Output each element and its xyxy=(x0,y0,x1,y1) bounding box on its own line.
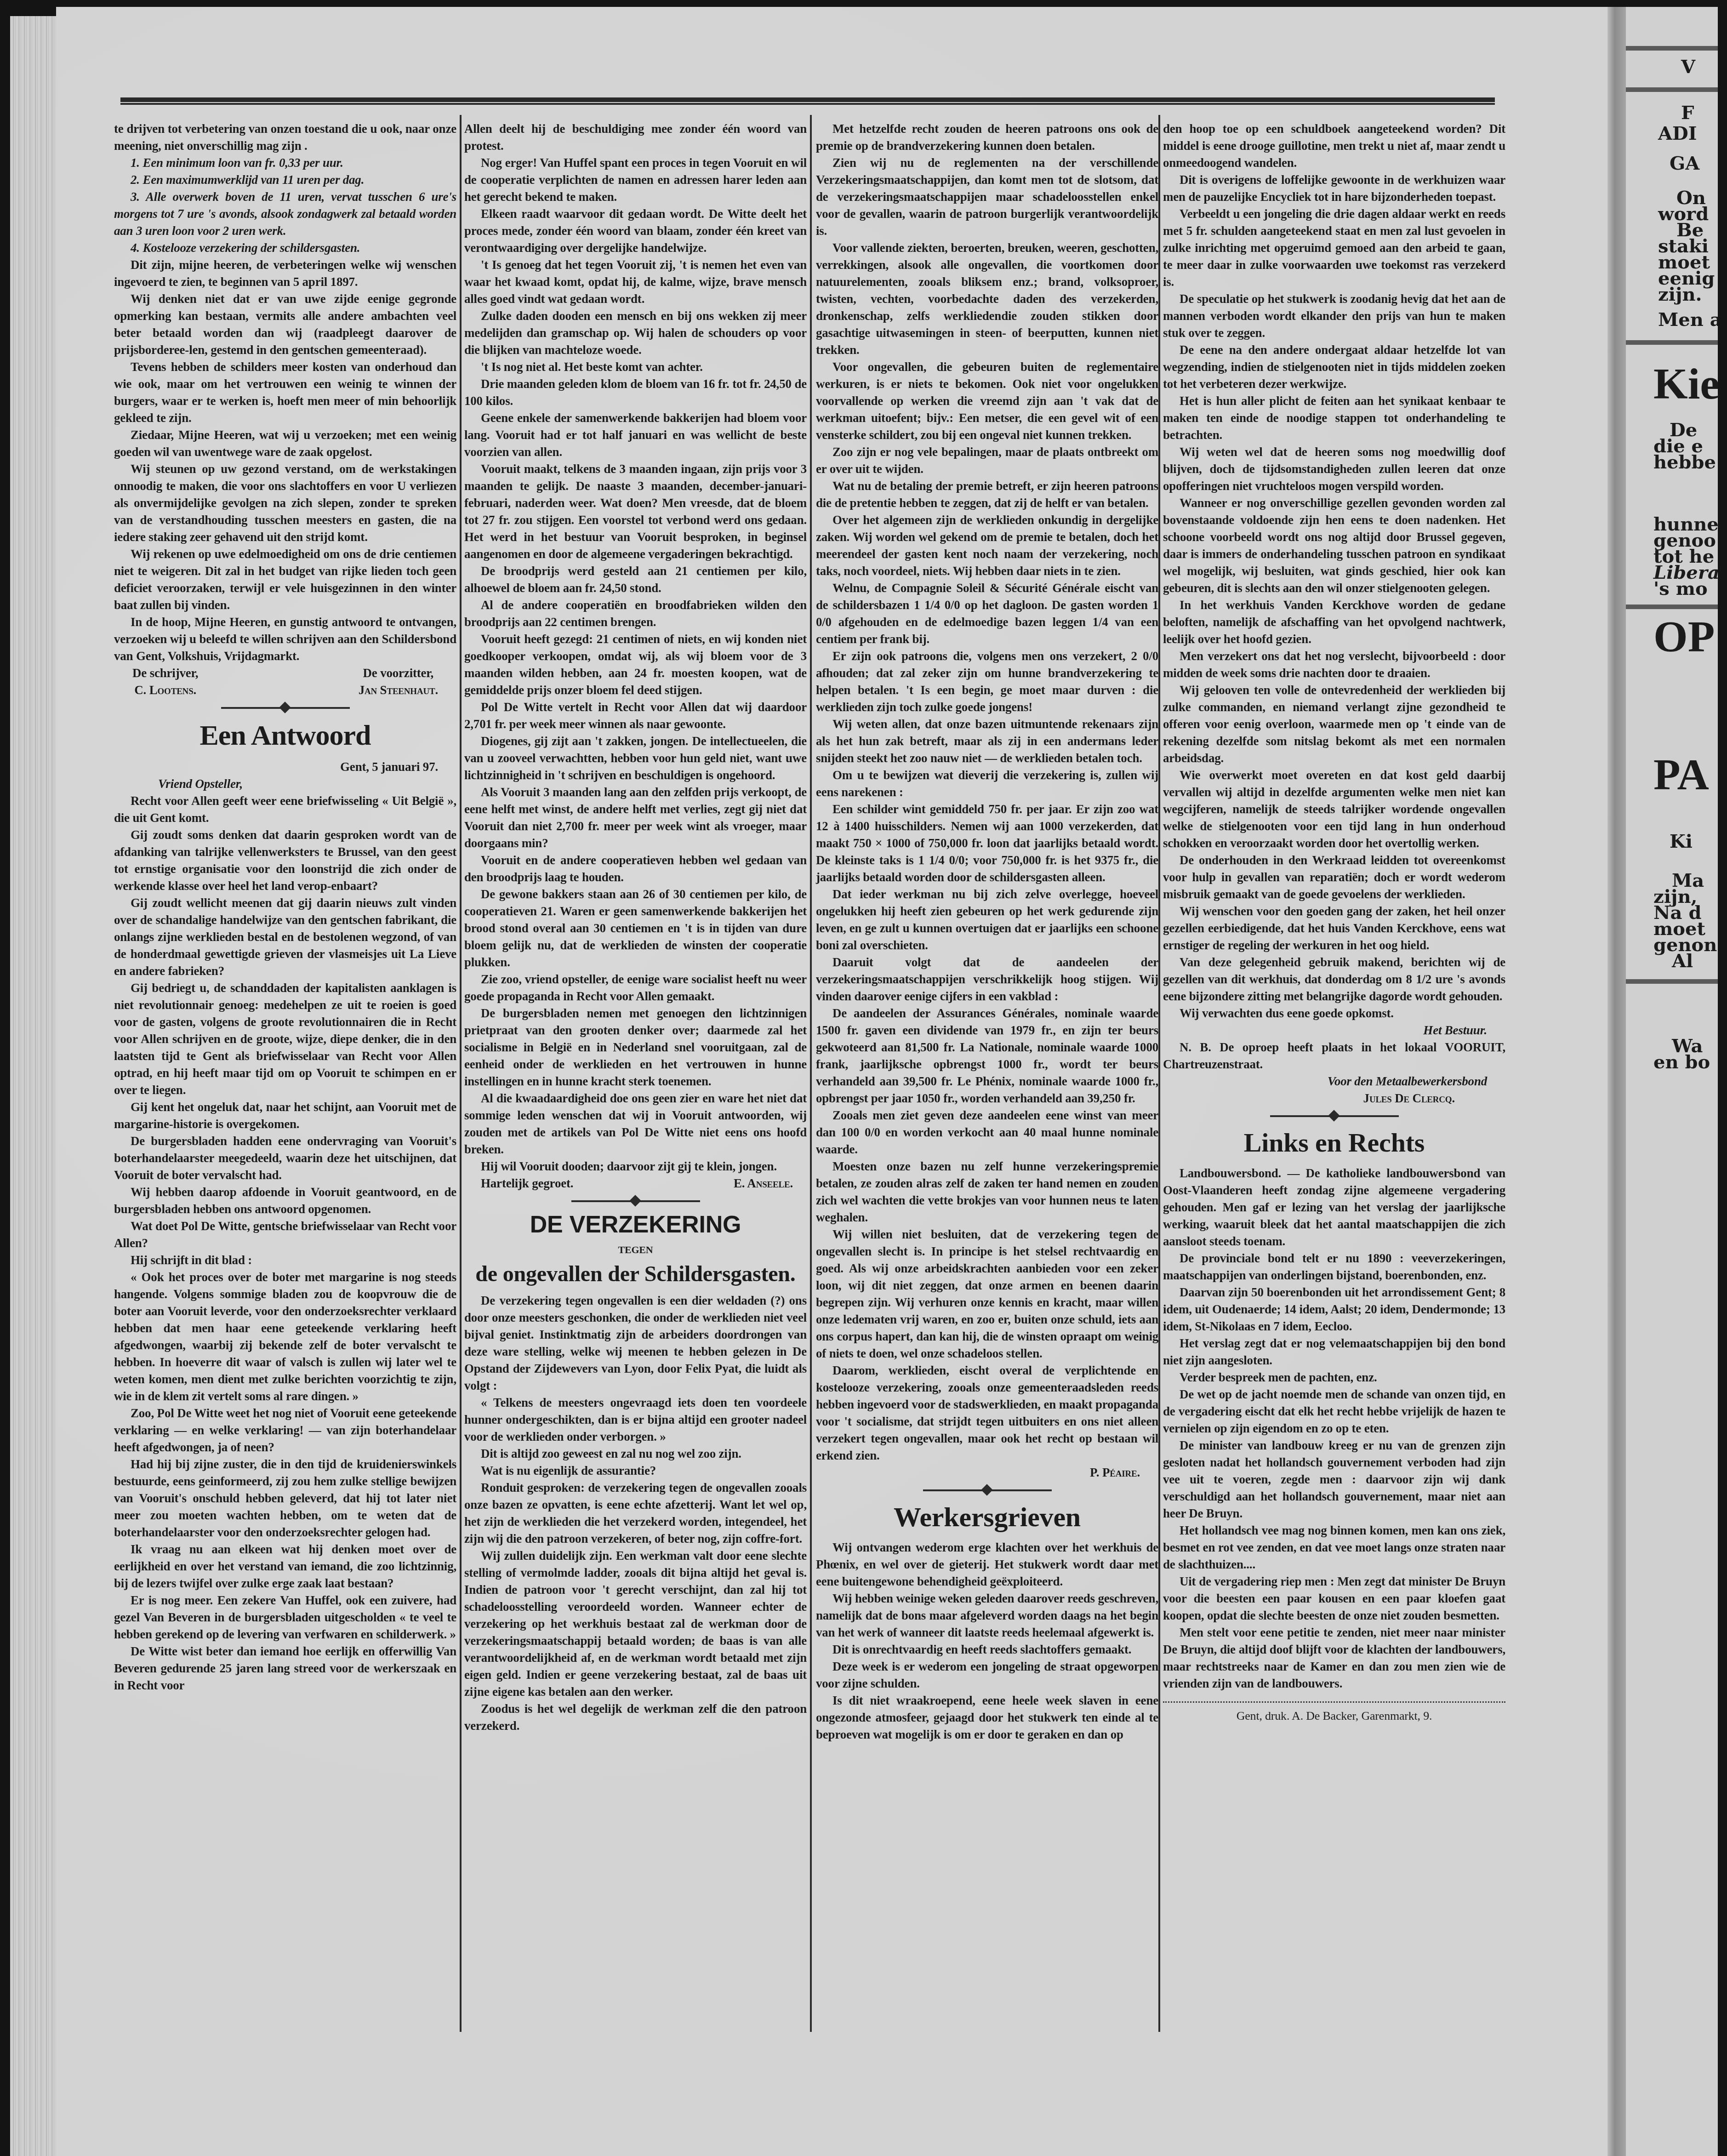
paragraph: Wij ontvangen wederom erge klachten over… xyxy=(816,1539,1158,1590)
paragraph: Deze week is er wederom een jongeling de… xyxy=(816,1658,1158,1692)
paragraph: Zooals men ziet geven deze aandeelen een… xyxy=(816,1107,1158,1158)
paragraph: In het werkhuis Vanden Kerckhove worden … xyxy=(1163,597,1505,648)
rule xyxy=(1626,605,1718,609)
book-gutter xyxy=(1607,7,1626,2156)
ornamental-divider xyxy=(923,1489,1052,1491)
paragraph: Zien wij nu de reglementen na der versch… xyxy=(816,154,1158,240)
paragraph: De Witte wist beter dan iemand hoe eerli… xyxy=(114,1643,456,1694)
paragraph: Dit is altijd zoo geweest en zal nu nog … xyxy=(464,1445,807,1462)
paragraph: Dit is overigens de loffelijke gewoonte … xyxy=(1163,171,1505,205)
rule xyxy=(1626,340,1718,345)
paragraph: Vooruit maakt, telkens de 3 maanden inga… xyxy=(464,461,807,563)
fragment: 's mo xyxy=(1653,579,1708,599)
paragraph: Zoodus is het wel degelijk de werkman ze… xyxy=(464,1700,807,1734)
paragraph: Daarvan zijn 50 boerenbonden uit het arr… xyxy=(1163,1284,1505,1335)
signature-name: Jan Steenhaut. xyxy=(359,682,438,699)
headline-een-antwoord: Een Antwoord xyxy=(114,717,456,754)
paragraph: De broodprijs werd gesteld aan 21 centie… xyxy=(464,563,807,597)
paragraph: Al die kwaadaardigheid doe ons geen zier… xyxy=(464,1090,807,1158)
scan-border xyxy=(1718,0,1727,2156)
paragraph: Moesten onze bazen nu zelf hunne verzeke… xyxy=(816,1158,1158,1226)
column-rule xyxy=(1158,115,1160,2032)
paragraph: Wij steunen op uw gezond verstand, om de… xyxy=(114,461,456,546)
demand-item: 4. Kostelooze verzekering der schildersg… xyxy=(114,240,456,257)
rule xyxy=(1626,87,1718,92)
headline-links-en-rechts: Links en Rechts xyxy=(1163,1125,1505,1160)
paragraph: Geene enkele der samenwerkende bakkerije… xyxy=(464,410,807,461)
paragraph: Allen deelt hij de beschuldiging mee zon… xyxy=(464,120,807,154)
paragraph: Daaruit volgt dat de aandeelen der verze… xyxy=(816,954,1158,1005)
paragraph: Voor ongevallen, die gebeuren buiten de … xyxy=(816,359,1158,444)
paragraph: Zoo zijn er nog vele bepalingen, maar de… xyxy=(816,444,1158,478)
fragment: ADI xyxy=(1658,124,1697,143)
fragment: Al xyxy=(1672,952,1693,971)
paragraph: Pol De Witte vertelt in Recht voor Allen… xyxy=(464,699,807,733)
paragraph: Vooruit heeft gezegd: 21 centimen of nie… xyxy=(464,631,807,699)
paragraph: Dit is onrechtvaardig en heeft reeds sla… xyxy=(816,1641,1158,1658)
paragraph: Welnu, de Compagnie Soleil & Sécurité Gé… xyxy=(816,580,1158,648)
paragraph: Wij weten allen, dat onze bazen uitmunte… xyxy=(816,716,1158,767)
fragment: GA xyxy=(1670,154,1699,173)
paragraph: Al de andere cooperatiën en broodfabriek… xyxy=(464,597,807,631)
paragraph: De speculatie op het stukwerk is zoodani… xyxy=(1163,291,1505,342)
paragraph: Wat doet Pol De Witte, gentsche briefwis… xyxy=(114,1218,456,1252)
rule xyxy=(1626,46,1718,51)
signature-name: P. Péaire. xyxy=(816,1464,1158,1481)
paragraph: De verzekering tegen ongevallen is een d… xyxy=(464,1292,807,1394)
paragraph: Wij willen niet besluiten, dat de verzek… xyxy=(816,1226,1158,1362)
paragraph: Wat nu de betaling der premie betreft, e… xyxy=(816,478,1158,512)
paragraph: Als Vooruit 3 maanden lang aan den zelfd… xyxy=(464,784,807,852)
paragraph: Men stelt voor eene petitie te zenden, n… xyxy=(1163,1624,1505,1692)
paragraph: 't Is genoeg dat het tegen Vooruit zij, … xyxy=(464,257,807,308)
paragraph: Ik vraag nu aan elkeen wat hij denken mo… xyxy=(114,1541,456,1592)
paragraph: Voor vallende ziekten, beroerten, breuke… xyxy=(816,240,1158,359)
closing: Hartelijk gegroet. xyxy=(481,1175,573,1192)
paragraph: Vooruit en de andere cooperatieven hebbe… xyxy=(464,852,807,886)
paragraph: De gewone bakkers staan aan 26 of 30 cen… xyxy=(464,886,807,971)
paragraph: Uit de vergadering riep men : Men zegt d… xyxy=(1163,1573,1505,1624)
signature-block: De schrijver,C. Lootens. De voorzitter,J… xyxy=(114,665,456,699)
ornamental-divider xyxy=(1270,1115,1399,1117)
paragraph: Dit zijn, mijne heeren, de verbeteringen… xyxy=(114,257,456,291)
paragraph: Gij zoudt soms denken dat daarin gesprok… xyxy=(114,827,456,895)
paragraph: Er zijn ook patroons die, volgens men on… xyxy=(816,648,1158,716)
paragraph: Wij hebben weinige weken geleden daarove… xyxy=(816,1590,1158,1641)
subhead-tegen: TEGEN xyxy=(464,1243,807,1256)
paragraph: Van deze gelegenheid gebruik makend, ber… xyxy=(1163,954,1505,1005)
paragraph: Een schilder wint gemiddeld 750 fr. per … xyxy=(816,801,1158,886)
printer-imprint: Gent, druk. A. De Backer, Garenmarkt, 9. xyxy=(1163,1707,1505,1724)
paragraph: Drie maanden geleden klom de bloem van 1… xyxy=(464,376,807,410)
fragment: F xyxy=(1681,103,1694,123)
paragraph: Landbouwersbond. — De katholieke landbou… xyxy=(1163,1165,1505,1250)
paragraph: Hij schrijft in dit blad : xyxy=(114,1252,456,1269)
column-rule xyxy=(810,115,812,2032)
paragraph: den hoop toe op een schuldboek aangeteek… xyxy=(1163,120,1505,171)
paragraph: De aandeelen der Assurances Générales, n… xyxy=(816,1005,1158,1107)
paragraph: Wie overwerkt moet overeten en dat kost … xyxy=(1163,767,1505,852)
fragment: V xyxy=(1681,57,1695,77)
paragraph: Wij wenschen voor den goeden gang der za… xyxy=(1163,903,1505,954)
paragraph: Over het algemeen zijn de werklieden onk… xyxy=(816,512,1158,580)
subhead-ongevallen: de ongevallen der Schildersgasten. xyxy=(464,1261,807,1288)
column-2: Allen deelt hij de beschuldiging mee zon… xyxy=(464,120,807,1734)
paragraph: 't Is nog niet al. Het beste komt van ac… xyxy=(464,359,807,376)
paragraph: Verbeeldt u een jongeling die drie dagen… xyxy=(1163,205,1505,291)
paragraph: Wat is nu eigenlijk de assurantie? xyxy=(464,1462,807,1479)
paragraph: De minister van landbouw kreeg er nu van… xyxy=(1163,1437,1505,1522)
paragraph: Met hetzelfde recht zouden de heeren pat… xyxy=(816,120,1158,154)
dateline: Gent, 5 januari 97. xyxy=(114,759,456,776)
book-page-edges xyxy=(10,16,56,2156)
paragraph: De onderhouden in den Werkraad leidden t… xyxy=(1163,852,1505,903)
paragraph: Zie zoo, vriend opsteller, de eenige war… xyxy=(464,971,807,1005)
paragraph: Ziedaar, Mijne Heeren, wat wij u verzoek… xyxy=(114,427,456,461)
demand-item: 3. Alle overwerk boven de 11 uren, verva… xyxy=(114,188,456,240)
column-rule xyxy=(460,115,462,2032)
paragraph: Het hollandsch vee mag nog binnen komen,… xyxy=(1163,1522,1505,1573)
paragraph: De burgersbladen nemen met genoegen den … xyxy=(464,1005,807,1090)
paragraph: Dat ieder werkman nu bij zich zelve over… xyxy=(816,886,1158,954)
headline-de-verzekering: DE VERZEKERING xyxy=(464,1210,807,1239)
paragraph: Het is hun aller plicht de feiten aan he… xyxy=(1163,393,1505,444)
ornamental-divider xyxy=(221,707,350,709)
paragraph: De provinciale bond telt er nu 1890 : ve… xyxy=(1163,1250,1505,1284)
paragraph: Is dit niet wraakroepend, eene heele wee… xyxy=(816,1692,1158,1743)
quote-paragraph: « Telkens de meesters ongevraagd iets do… xyxy=(464,1394,807,1445)
paragraph: De wet op de jacht noemde men de schande… xyxy=(1163,1386,1505,1437)
next-page-partial: V F ADI GA On word Be staki moet eenig z… xyxy=(1626,7,1718,2156)
signature-bond: Voor den Metaalbewerkersbond xyxy=(1163,1073,1505,1090)
paragraph: Nog erger! Van Huffel spant een proces i… xyxy=(464,154,807,205)
signature-role: De voorzitter, xyxy=(359,665,438,682)
footer-dotted-rule xyxy=(1163,1701,1505,1703)
column-1: te drijven tot verbetering van onzen toe… xyxy=(114,120,456,1694)
paragraph: Recht voor Allen geeft weer eene briefwi… xyxy=(114,793,456,827)
paragraph: Wij hebben daarop afdoende in Vooruit ge… xyxy=(114,1184,456,1218)
paragraph: Om u te bewijzen wat dieverij die verzek… xyxy=(816,767,1158,801)
paragraph: In de hoop, Mijne Heeren, en gunstig ant… xyxy=(114,614,456,665)
signature-role: De schrijver, xyxy=(132,665,198,682)
demand-item: 2. Een maximumwerklijd van 11 uren per d… xyxy=(114,171,456,188)
paragraph: Wij zullen duidelijk zijn. Een werkman v… xyxy=(464,1547,807,1700)
column-4: den hoop toe op een schuldboek aangeteek… xyxy=(1163,120,1505,1724)
paragraph: te drijven tot verbetering van onzen toe… xyxy=(114,120,456,154)
signature-name: E. Anseele. xyxy=(734,1175,793,1192)
column-3: Met hetzelfde recht zouden de heeren pat… xyxy=(816,120,1158,1743)
paragraph: Hij wil Vooruit dooden; daarvoor zijt gi… xyxy=(464,1158,807,1175)
lead-bold: Landbouwersbond. — xyxy=(1180,1166,1300,1180)
fragment: zijn. xyxy=(1658,285,1702,304)
paragraph: Gij kent het ongeluk dat, naar het schij… xyxy=(114,1099,456,1133)
fragment: Men a xyxy=(1658,310,1718,330)
signature-name: Jules De Clercq. xyxy=(1163,1090,1505,1107)
paragraph: De eene na den andere ondergaat aldaar h… xyxy=(1163,342,1505,393)
paragraph: Men verzekert ons dat het nog verslecht,… xyxy=(1163,648,1505,682)
paragraph: Wij weten wel dat de heeren soms nog moe… xyxy=(1163,444,1505,495)
demand-item: 1. Een minimum loon van fr. 0,33 per uur… xyxy=(114,154,456,171)
paragraph: Wanneer er nog onverschillige gezellen g… xyxy=(1163,495,1505,597)
paragraph: Ronduit gesproken: de verzekering tegen … xyxy=(464,1479,807,1547)
salutation: Vriend Opsteller, xyxy=(114,776,456,793)
signature-name: C. Lootens. xyxy=(132,682,198,699)
quote-paragraph: « Ook het proces over de boter met marga… xyxy=(114,1269,456,1405)
nb-note: N. B. De oproep heeft plaats in het loka… xyxy=(1163,1039,1505,1073)
ornamental-divider xyxy=(571,1200,700,1202)
paragraph: Diogenes, gij zijt aan 't zakken, jongen… xyxy=(464,733,807,784)
paragraph: Wij verwachten dus eene goede opkomst. xyxy=(1163,1005,1505,1022)
signature-board: Het Bestuur. xyxy=(1163,1022,1505,1039)
paragraph: Wij rekenen op uwe edelmoedigheid om ons… xyxy=(114,546,456,614)
paragraph: Wij denken niet dat er van uwe zijde een… xyxy=(114,291,456,359)
closing-block: Hartelijk gegroet. E. Anseele. xyxy=(464,1175,807,1192)
masthead-double-rule xyxy=(120,97,1495,105)
paragraph: Gij bedriegt u, de schanddaden der kapit… xyxy=(114,980,456,1099)
paragraph: Er is nog meer. Een zekere Van Huffel, o… xyxy=(114,1592,456,1643)
fragment: PA xyxy=(1653,752,1709,798)
fragment: en bo xyxy=(1653,1053,1710,1072)
paragraph: Had hij bij zijne zuster, die in den tij… xyxy=(114,1456,456,1541)
paragraph: Daarom, werklieden, eischt overal de ver… xyxy=(816,1362,1158,1464)
paragraph: Tevens hebben de schilders meer kosten v… xyxy=(114,359,456,427)
paragraph: De burgersbladen hadden eene ondervragin… xyxy=(114,1133,456,1184)
paragraph: Gij zoudt wellicht meenen dat gij daarin… xyxy=(114,895,456,980)
fragment: Ki xyxy=(1670,832,1693,851)
headline-werkersgrieven: Werkersgrieven xyxy=(816,1500,1158,1534)
fragment: OP xyxy=(1653,614,1715,660)
rule xyxy=(1626,979,1718,984)
fragment: Kiez xyxy=(1653,361,1718,407)
paragraph: Wij gelooven ten volle de ontevredenheid… xyxy=(1163,682,1505,767)
fragment: hebbe xyxy=(1653,453,1716,472)
paragraph: Verder bespreek men de pachten, enz. xyxy=(1163,1369,1505,1386)
paragraph: Zoo, Pol De Witte weet het nog niet of V… xyxy=(114,1405,456,1456)
paragraph: Het verslag zegt dat er nog velemaatscha… xyxy=(1163,1335,1505,1369)
paragraph: Zulke daden dooden een mensch en bij ons… xyxy=(464,308,807,359)
paragraph: Elkeen raadt waarvoor dit gedaan wordt. … xyxy=(464,205,807,257)
